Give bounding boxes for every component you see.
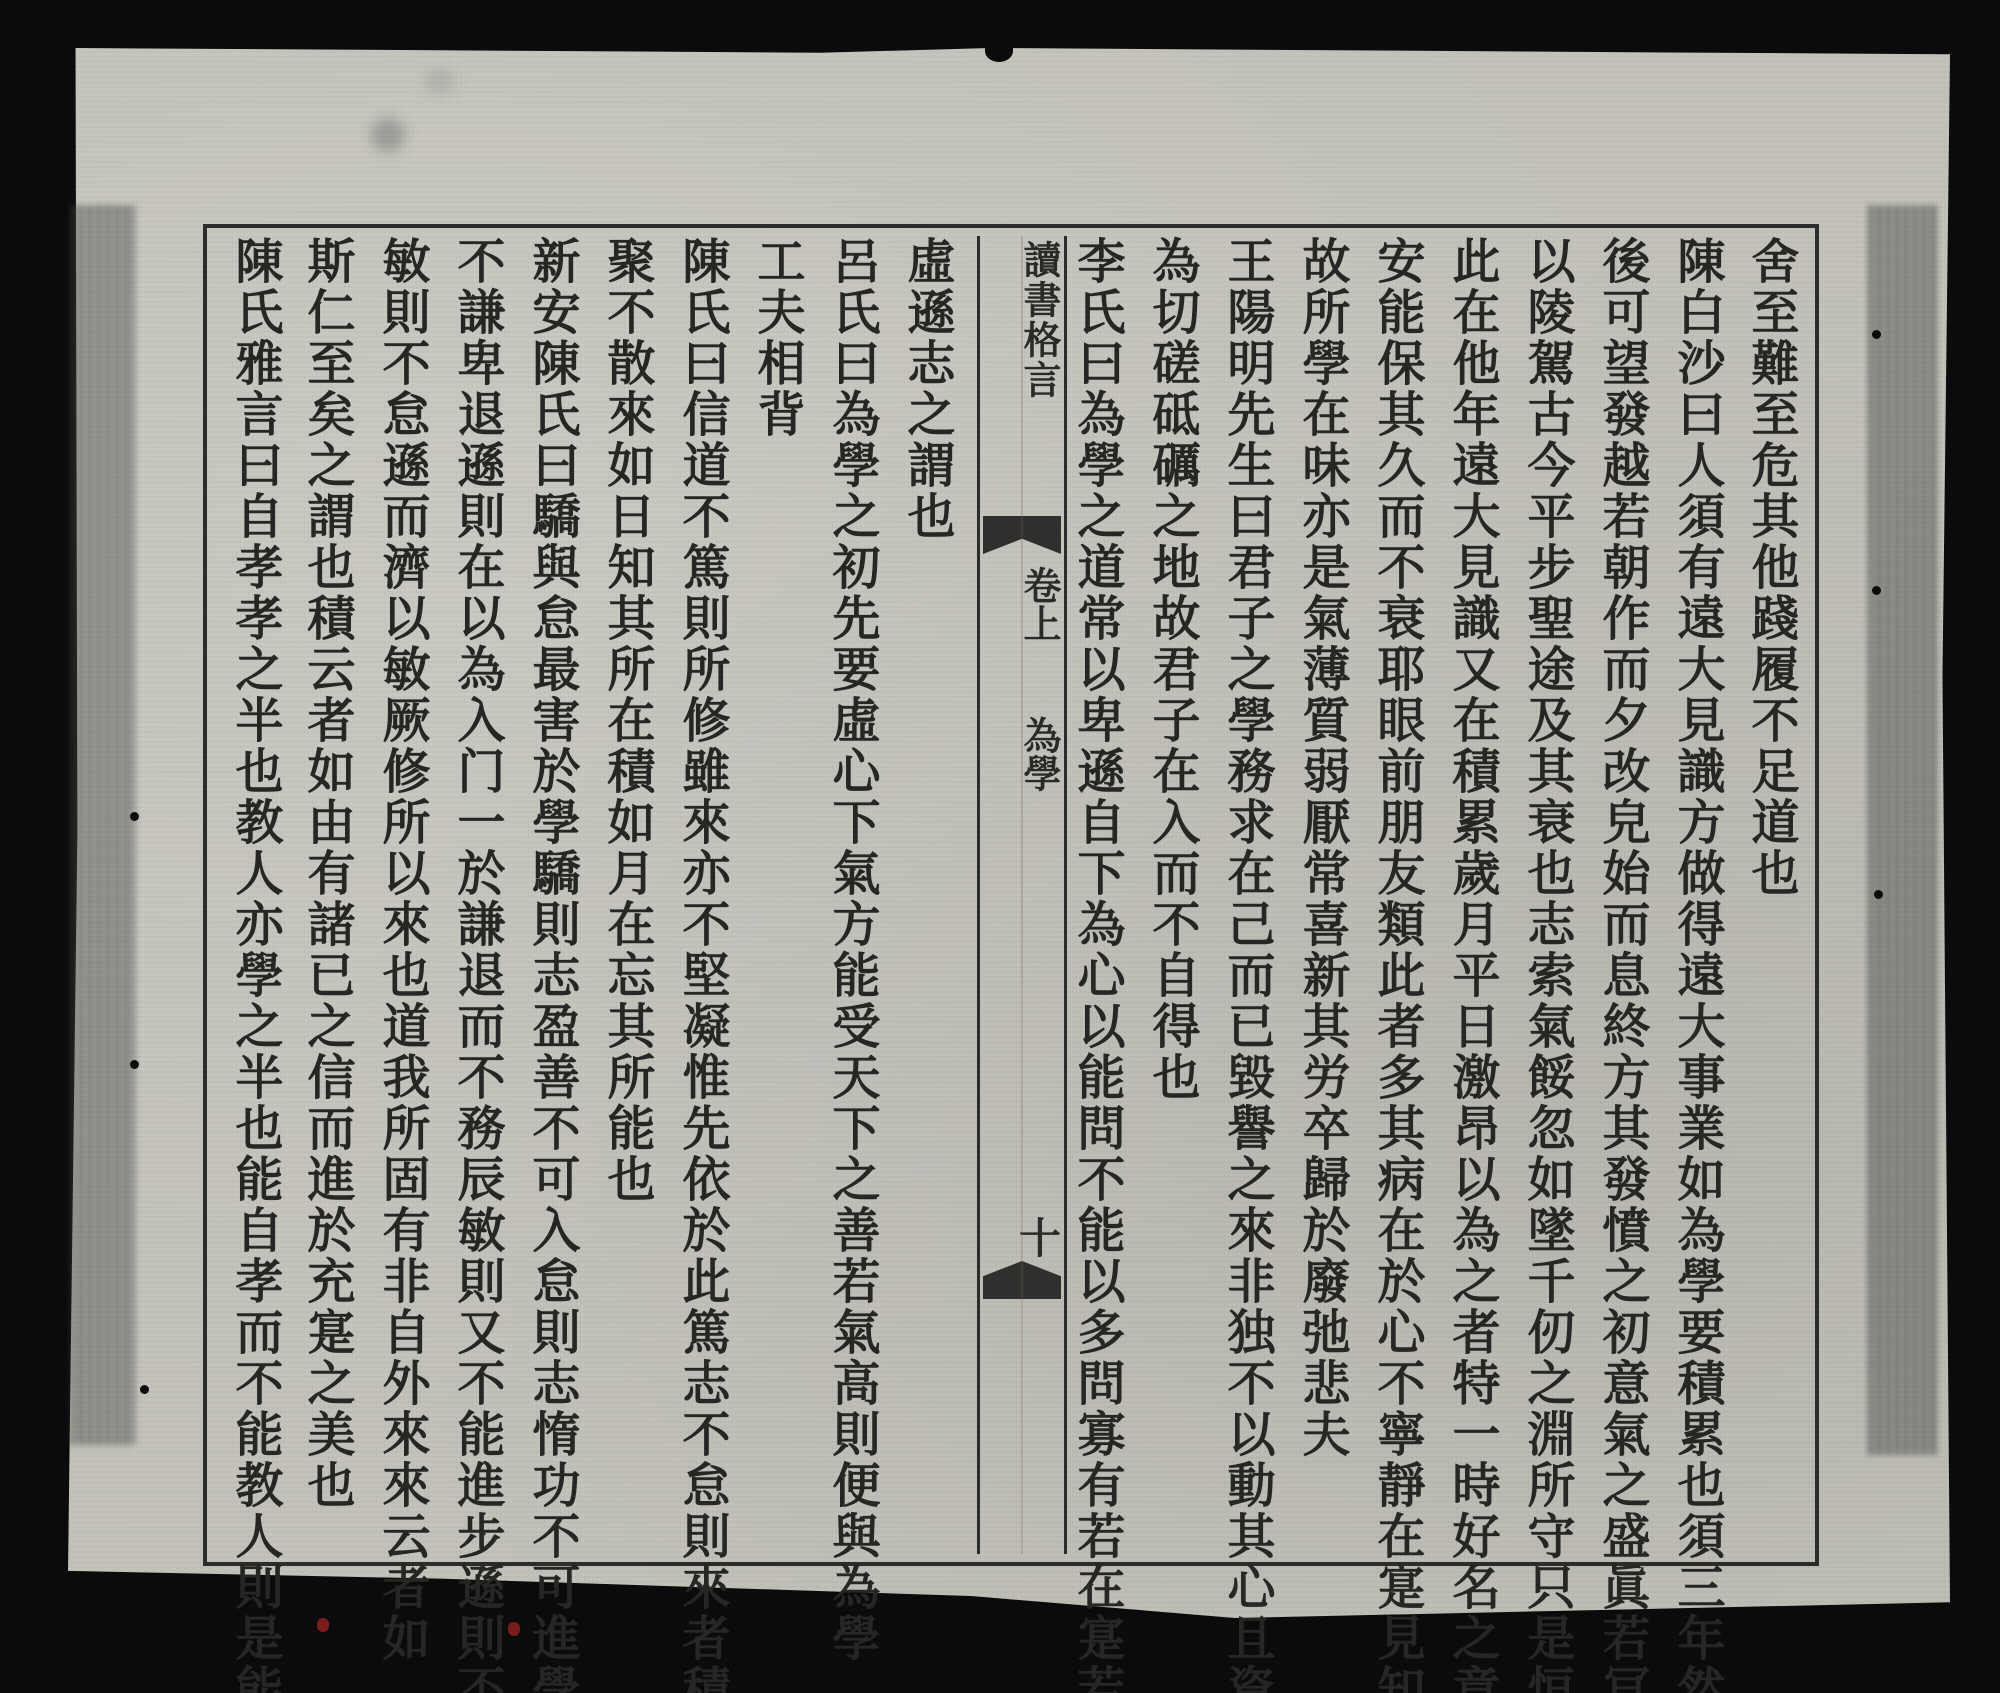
top-center-notch: [985, 40, 1013, 62]
banxin-border: [1064, 236, 1067, 1554]
right-margin-rubbing: [1868, 205, 1938, 1455]
text-column: 舍至難至危其他踐履不足道也: [1739, 236, 1803, 1554]
binding-hole: [1872, 330, 1881, 339]
text-column: 敏則不怠遜而濟以敏厥修所以來也道我所固有非自外來來云者如: [370, 236, 434, 1554]
text-column: 安能保其久而不衰耶眼前朋友類此者多其病在於心不寧靜在寔見知: [1365, 236, 1429, 1554]
binding-hole: [130, 1060, 139, 1069]
red-seal-mark: [508, 1622, 520, 1636]
text-column: 呂氏曰為學之初先要虛心下氣方能受天下之善若氣高則便與為學: [820, 236, 884, 1554]
text-column: 後可望發越若朝作而夕改皃始而息終方其發憤之初意氣之盛眞若肎: [1590, 236, 1654, 1554]
text-column: 新安陳氏曰驕與怠最害於學驕則志盈善不可入怠則志惰功不可進學: [520, 236, 584, 1554]
binding-hole: [1872, 586, 1881, 595]
text-column: 不謙卑退遜則在以為入门一於謙退而不務辰敏則又不能進步遜則不驕: [445, 236, 509, 1554]
red-seal-mark: [317, 1618, 329, 1632]
printed-frame: 舍至難至危其他踐履不足道也 陳白沙曰人須有遠大見識方做得遠大事業如為學要積累也須…: [203, 224, 1819, 1566]
text-column: 聚不散來如日知其所在積如月在忘其所能也: [595, 236, 659, 1554]
fold-line: [1021, 236, 1023, 1554]
center-block-banxin: 讀書格言 卷上 為學 十: [977, 236, 1067, 1554]
text-column: 以陵駕古今平步聖途及其衰也志索氣餒忽如墜千仞之淵所守只是恒人: [1515, 236, 1579, 1554]
text-column: 陳氏雅言曰自孝孝之半也教人亦學之半也能自孝而不能教人則是能: [223, 236, 287, 1554]
binding-hole: [130, 812, 139, 821]
binding-hole: [1874, 890, 1883, 899]
text-column: 王陽明先生曰君子之學務求在己而已毀譽之來非独不以動其心且資之以: [1215, 236, 1279, 1554]
ink-smudge: [425, 68, 455, 94]
text-column: 工夫相背: [745, 236, 809, 1554]
text-column: 李氏曰為學之道常以卑遜自下為心以能問不能以多問寡有若在寔若: [1065, 236, 1129, 1554]
ink-smudge: [371, 118, 405, 152]
text-column: 故所學在味亦是氣薄質弱厭常喜新其労卒歸於廢弛悲夫: [1290, 236, 1354, 1554]
text-column: 為切磋砥礪之地故君子在入而不自得也: [1140, 236, 1204, 1554]
left-margin-rubbing: [70, 205, 135, 1445]
text-column: 陳氏曰信道不篤則所修雖來亦不堅凝惟先依於此篤志不怠則來者積: [670, 236, 734, 1554]
text-column: 虛遜志之謂也: [895, 236, 959, 1554]
text-column: 斯仁至矣之謂也積云者如由有諸已之信而進於充寔之美也: [295, 236, 359, 1554]
binding-hole: [140, 1385, 149, 1394]
text-column: 此在他年遠大見識又在積累歲月平日激昂以為之者特一時好名之意氣耳: [1440, 236, 1504, 1554]
text-column: 陳白沙曰人須有遠大見識方做得遠大事業如為學要積累也須三年然: [1665, 236, 1729, 1554]
text-area: 舍至難至危其他踐履不足道也 陳白沙曰人須有遠大見識方做得遠大事業如為學要積累也須…: [215, 236, 1807, 1554]
banxin-border: [977, 236, 980, 1554]
